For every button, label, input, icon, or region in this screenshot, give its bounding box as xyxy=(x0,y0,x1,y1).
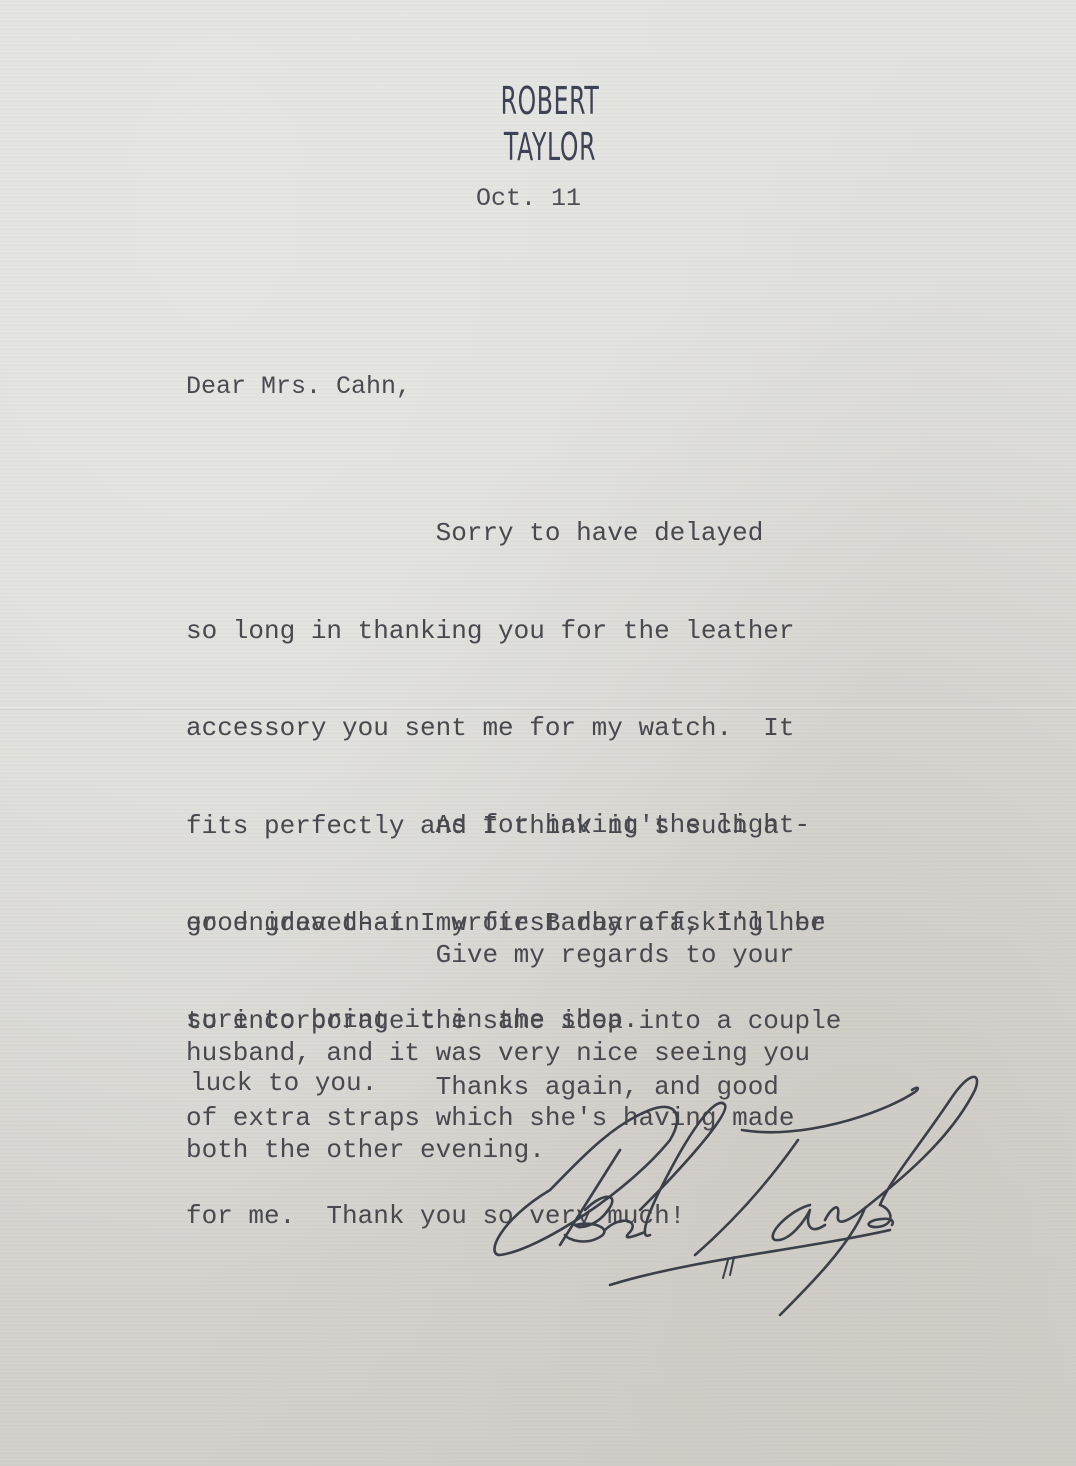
letterhead-last-name: TAYLOR xyxy=(500,124,599,170)
letterhead-first-name: ROBERT xyxy=(500,78,599,124)
text-line: so long in thanking you for the leather xyxy=(186,615,841,648)
handwritten-signature xyxy=(480,1060,1040,1320)
letterhead: ROBERT TAYLOR xyxy=(470,78,630,170)
text-line: Sorry to have delayed xyxy=(186,517,841,550)
text-line: As for having the light- xyxy=(186,809,826,842)
text-line: Give my regards to your xyxy=(186,939,810,972)
letter-date: Oct. 11 xyxy=(476,184,581,213)
closing-line: luck to you. xyxy=(190,1068,377,1098)
salutation: Dear Mrs. Cahn, xyxy=(186,372,411,401)
text-line: accessory you sent me for my watch. It xyxy=(186,712,841,745)
letter-page: ROBERT TAYLOR Oct. 11 Dear Mrs. Cahn, So… xyxy=(0,0,1076,1466)
